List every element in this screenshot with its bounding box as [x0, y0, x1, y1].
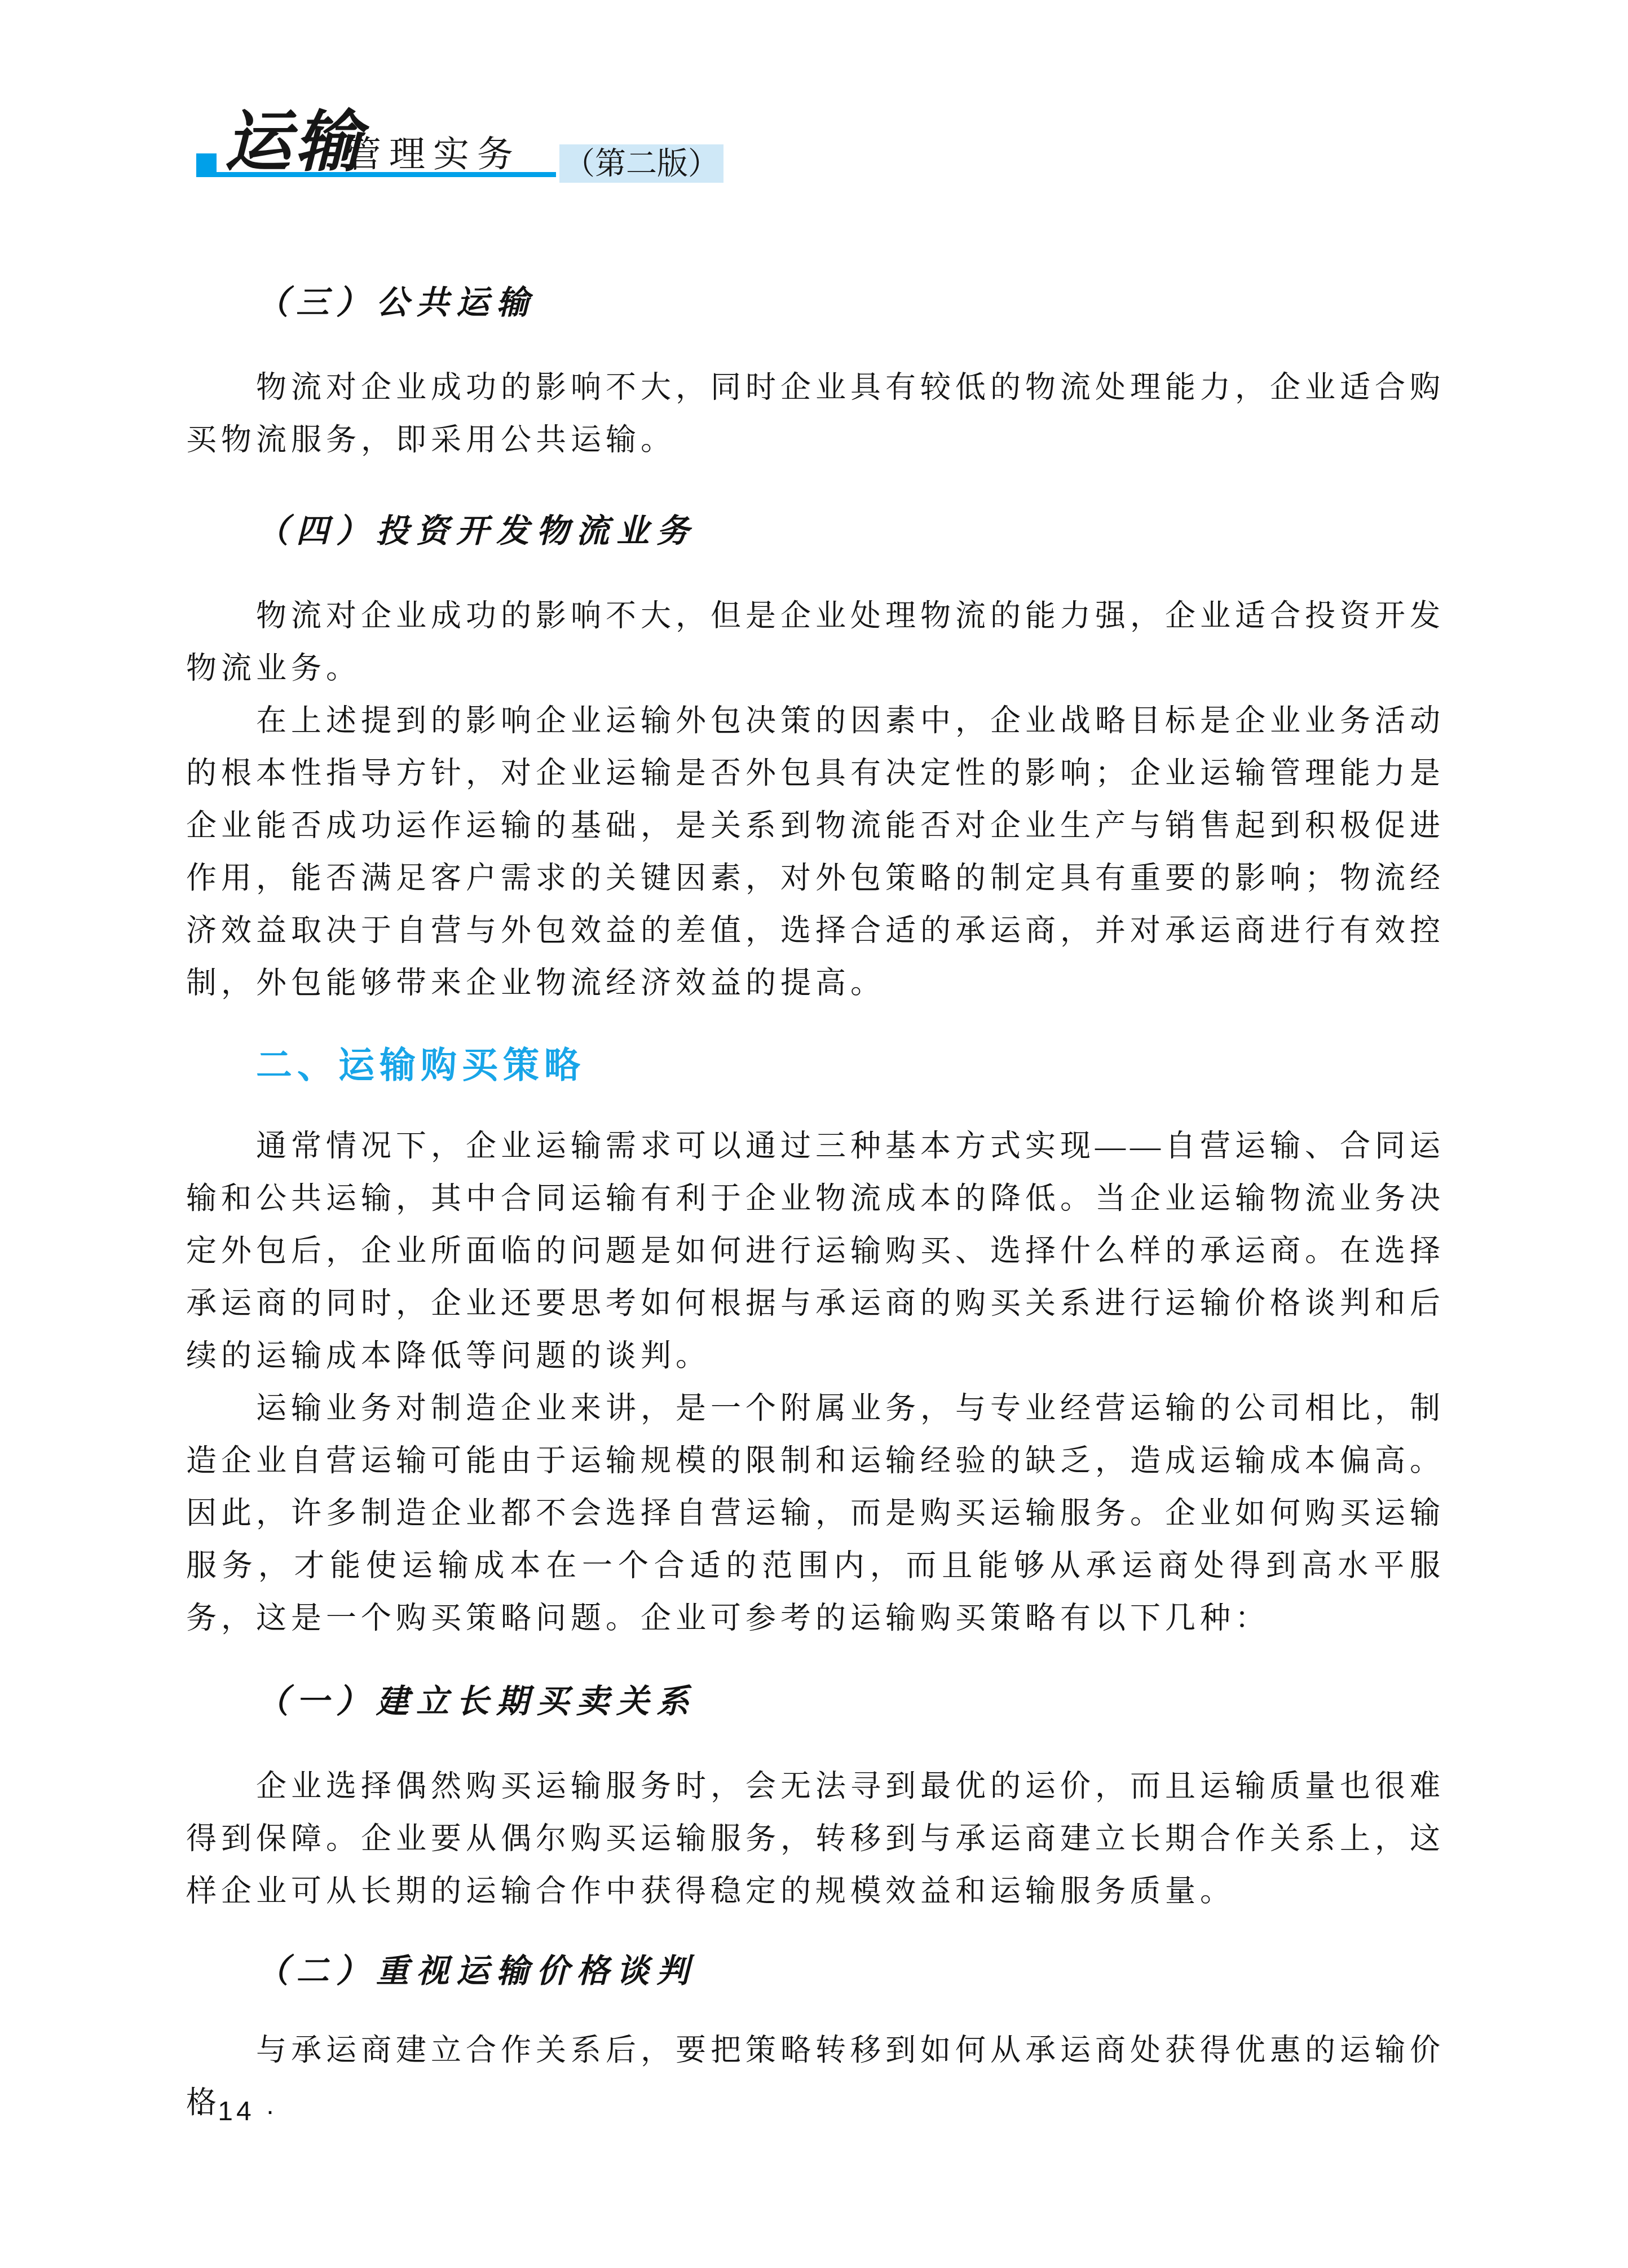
paragraph-longterm-relationship: 企业选择偶然购买运输服务时，会无法寻到最优的运价，而且运输质量也很难得到保障。企…: [186, 1760, 1445, 1918]
paragraph-three-basic-modes: 通常情况下，企业运输需求可以通过三种基本方式实现——自营运输、合同运输和公共运输…: [186, 1120, 1445, 1382]
text-column: （三）公共运输 物流对企业成功的影响不大，同时企业具有较低的物流处理能力，企业适…: [186, 276, 1445, 2129]
page-number: · 14 ·: [195, 2096, 278, 2127]
section-heading-transport-purchase-strategy: 二、运输购买策略: [186, 1037, 1445, 1093]
subheading-two-price-negotiation: （二）重视运输价格谈判: [186, 1945, 1445, 1997]
book-logo-script: 运输: [224, 108, 364, 175]
subheading-three-public-transport: （三）公共运输: [186, 276, 1445, 329]
subheading-four-invest-develop-logistics: （四）投资开发物流业务: [186, 505, 1445, 557]
paragraph-price-negotiation: 与承运商建立合作关系后，要把策略转移到如何从承运商处获得优惠的运输价格: [186, 2024, 1445, 2129]
paragraph-manufacturing-transport: 运输业务对制造企业来讲，是一个附属业务，与专业经营运输的公司相比，制造企业自营运…: [186, 1382, 1445, 1645]
paragraph-outsourcing-factors: 在上述提到的影响企业运输外包决策的因素中，企业战略目标是企业业务活动的根本性指导…: [186, 695, 1445, 1010]
paragraph-invest-develop: 物流对企业成功的影响不大，但是企业处理物流的能力强，企业适合投资开发物流业务。: [186, 590, 1445, 695]
header-accent-square-icon: [196, 153, 217, 173]
subheading-one-longterm-relationship: （一）建立长期买卖关系: [186, 1675, 1445, 1728]
paragraph-public-transport: 物流对企业成功的影响不大，同时企业具有较低的物流处理能力，企业适合购买物流服务，…: [186, 362, 1445, 466]
book-page: 运输 管理实务 （第二版） （三）公共运输 物流对企业成功的影响不大，同时企业具…: [0, 0, 1628, 2268]
edition-badge: （第二版）: [559, 144, 723, 183]
book-title: 管理实务: [345, 134, 521, 174]
